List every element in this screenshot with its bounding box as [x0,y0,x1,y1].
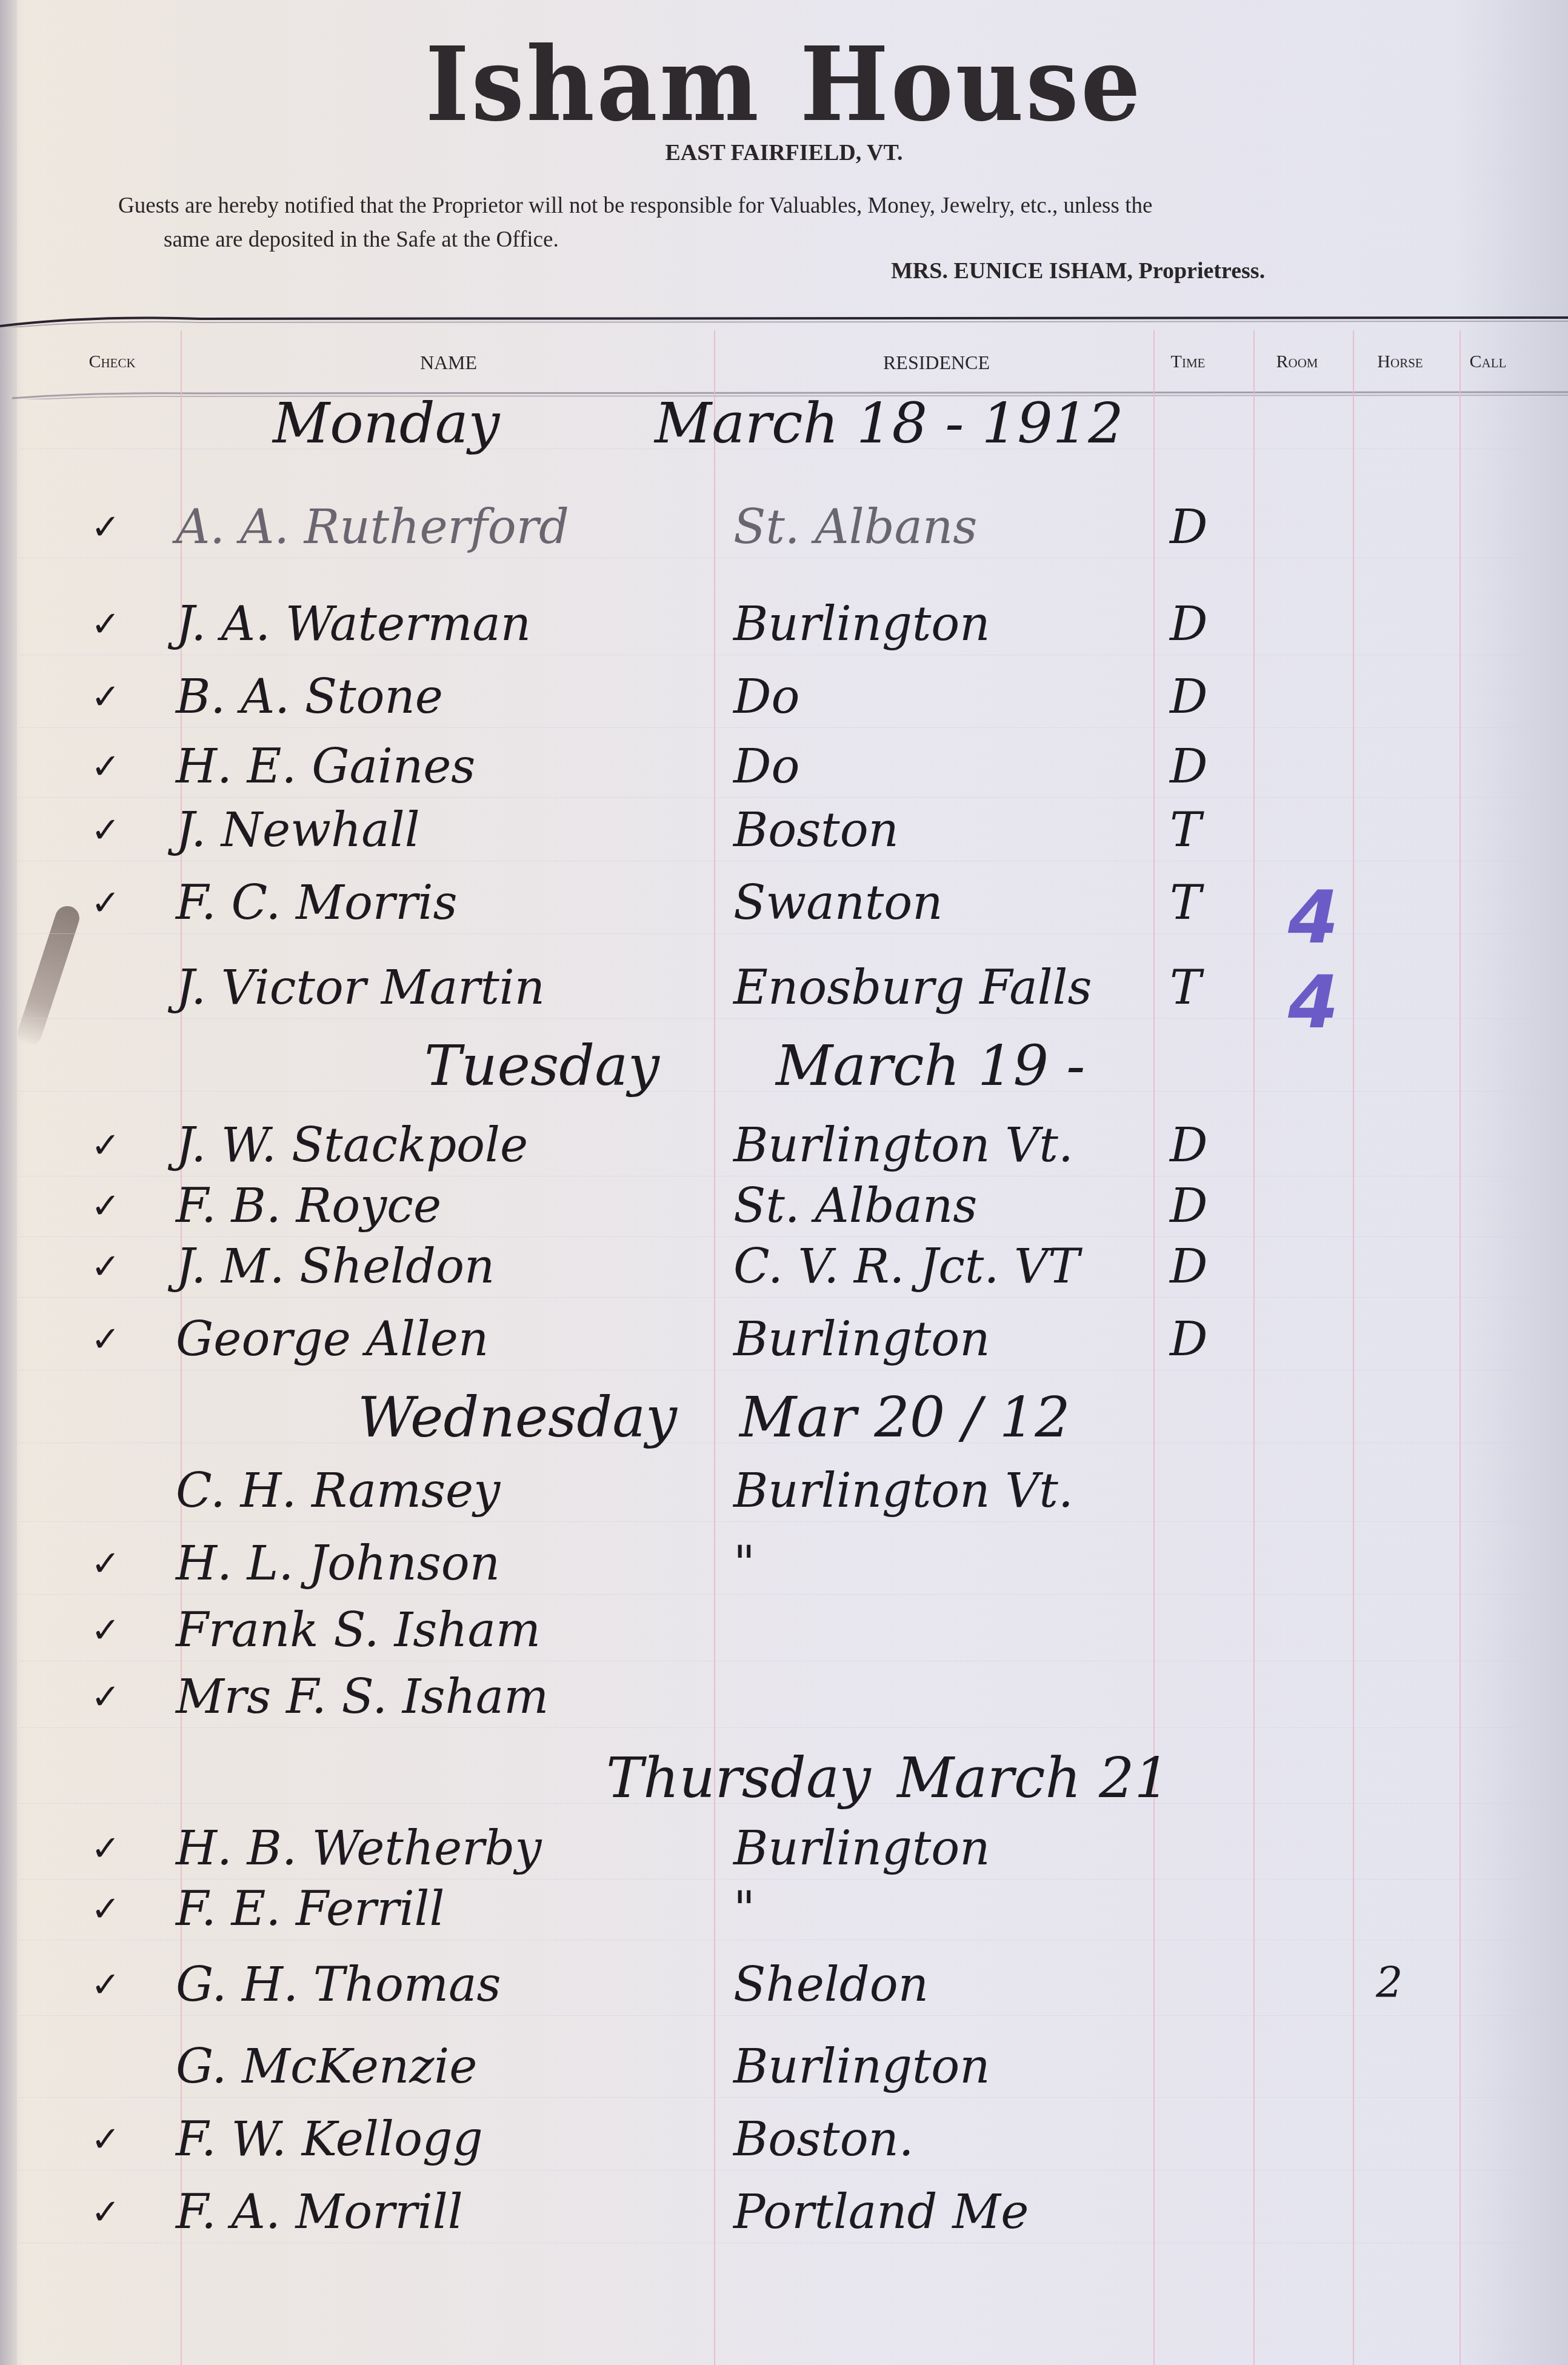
guest-time: D [1170,1179,1208,1233]
guest-residence: Boston [733,803,899,858]
guest-name: Frank S. Isham [176,1603,541,1658]
row-rule [18,1236,1568,1237]
row-rule [18,2243,1568,2243]
guest-residence: St. Albans [733,500,977,555]
column-header-room: Room [1267,352,1327,372]
valuables-notice: Guests are hereby notified that the Prop… [118,189,1452,257]
guest-name: G. H. Thomas [176,1958,501,2012]
guest-name: C. H. Ramsey [176,1464,500,1518]
date-heading-day: Wednesday [358,1385,677,1450]
rule-horse-call [1460,330,1461,2365]
guest-name: A. A. Rutherford [176,500,569,555]
column-header-time: Time [1158,352,1218,372]
guest-name: George Allen [176,1312,489,1367]
rule-time-room [1253,330,1255,2365]
check-mark: ✓ [91,1827,121,1869]
column-header-call: Call [1458,352,1518,372]
title-word-house: House [800,24,1143,144]
guest-name: H. E. Gaines [176,739,475,794]
header-double-rule-top [0,315,1568,327]
guest-time: D [1170,739,1208,794]
row-rule [18,1940,1568,1940]
notice-line-2: same are deposited in the Safe at the Of… [118,223,1452,257]
column-header-check: Check [79,352,145,372]
guest-name: J. M. Sheldon [176,1239,495,1294]
guest-residence: Burlington [733,1821,990,1876]
guest-residence: Burlington [733,597,990,652]
row-rule [18,2015,1568,2016]
date-heading-date: March 21 [897,1746,1170,1810]
guest-name: F. A. Morrill [176,2185,463,2240]
date-heading-day: Tuesday [424,1033,659,1098]
date-heading-day: Monday [273,391,500,456]
rule-name-residence [714,330,715,2365]
guest-residence: Sheldon [733,1958,929,2012]
check-mark: ✓ [91,746,121,787]
guest-residence: St. Albans [733,1179,977,1233]
row-rule [18,2097,1568,2098]
date-heading-date: March 18 - 1912 [655,391,1124,456]
guest-residence: Swanton [733,876,942,930]
ink-stain [15,903,82,1049]
guest-name: B. A. Stone [176,670,443,724]
hotel-title: IshamHouse [62,24,1505,144]
proprietress-name: MRS. EUNICE ISHAM, Proprietress. [891,258,1265,284]
check-mark: ✓ [91,1676,121,1717]
check-mark: ✓ [91,676,121,717]
guest-name: G. McKenzie [176,2040,477,2094]
check-mark: ✓ [91,1124,121,1166]
check-mark: ✓ [91,1888,121,1929]
check-mark: ✓ [91,1609,121,1650]
guest-room: 4 [1288,876,1339,960]
guest-room: 2 [1376,1958,1403,2007]
check-mark: ✓ [91,506,121,547]
guest-residence: " [733,1882,755,1936]
date-heading-date: March 19 - [776,1033,1085,1098]
check-mark: ✓ [91,882,121,923]
hotel-location: EAST FAIRFIELD, VT. [0,139,1568,166]
column-header-residence: RESIDENCE [849,352,1024,374]
check-mark: ✓ [91,1543,121,1584]
masthead: IshamHouse EAST FAIRFIELD, VT. Guests ar… [0,0,1568,327]
guest-name: J. W. Stackpole [176,1118,528,1173]
guest-residence: Burlington Vt. [733,1118,1073,1173]
check-mark: ✓ [91,1185,121,1226]
guest-name: Mrs F. S. Isham [176,1670,549,1724]
guest-name: F. E. Ferrill [176,1882,445,1936]
guest-residence: Enosburg Falls [733,961,1092,1015]
row-rule [18,727,1568,728]
row-rule [18,797,1568,798]
guest-room: 4 [1288,961,1339,1045]
date-heading-date: Mar 20 / 12 [739,1385,1070,1450]
guest-time: D [1170,1312,1208,1367]
guest-name: J. Newhall [176,803,420,858]
notice-line-1: Guests are hereby notified that the Prop… [118,193,1152,218]
check-mark: ✓ [91,603,121,644]
row-rule [18,1370,1568,1370]
rule-residence-time [1153,330,1155,2365]
guest-name: J. A. Waterman [176,597,531,652]
guest-name: F. W. Kellogg [176,2112,483,2167]
row-rule [18,861,1568,861]
guest-residence: Do [733,739,800,794]
column-header-horse: Horse [1367,352,1433,372]
guest-time: D [1170,1239,1208,1294]
guest-residence: C. V. R. Jct. VT [733,1239,1079,1294]
check-mark: ✓ [91,1318,121,1359]
guest-name: H. L. Johnson [176,1536,500,1591]
row-rule [18,1297,1568,1298]
guest-time: D [1170,597,1208,652]
guest-residence: " [733,1536,755,1591]
guest-residence: Burlington [733,1312,990,1367]
guest-time: D [1170,670,1208,724]
row-rule [18,2170,1568,2170]
guest-residence: Burlington Vt. [733,1464,1073,1518]
guest-residence: Boston. [733,2112,914,2167]
column-header-name: NAME [376,352,521,374]
row-rule [18,655,1568,655]
check-mark: ✓ [91,1964,121,2005]
check-mark: ✓ [91,2191,121,2232]
guest-time: D [1170,500,1208,555]
title-word-isham: Isham [425,24,761,144]
guest-time: D [1170,1118,1208,1173]
guest-residence: Do [733,670,800,724]
guest-name: J. Victor Martin [176,961,545,1015]
rule-room-horse [1353,330,1354,2365]
check-mark: ✓ [91,1246,121,1287]
guest-name: F. B. Royce [176,1179,441,1233]
row-rule [18,1594,1568,1595]
date-heading-day: Thursday [606,1746,871,1810]
guest-name: H. B. Wetherby [176,1821,542,1876]
check-mark: ✓ [91,809,121,850]
row-rule [18,1521,1568,1522]
register-page: IshamHouse EAST FAIRFIELD, VT. Guests ar… [0,0,1568,2365]
column-header-row: Check NAME RESIDENCE Time Room Horse Cal… [0,327,1568,394]
guest-residence: Portland Me [733,2185,1029,2240]
row-rule [18,1727,1568,1728]
row-rule [18,1879,1568,1880]
row-rule [18,1176,1568,1176]
guest-residence: Burlington [733,2040,990,2094]
check-mark: ✓ [91,2118,121,2160]
guest-name: F. C. Morris [176,876,457,930]
row-rule [18,558,1568,558]
guest-time: T [1170,803,1201,858]
guest-time: T [1170,876,1201,930]
guest-time: T [1170,961,1201,1015]
row-rule [18,1661,1568,1661]
